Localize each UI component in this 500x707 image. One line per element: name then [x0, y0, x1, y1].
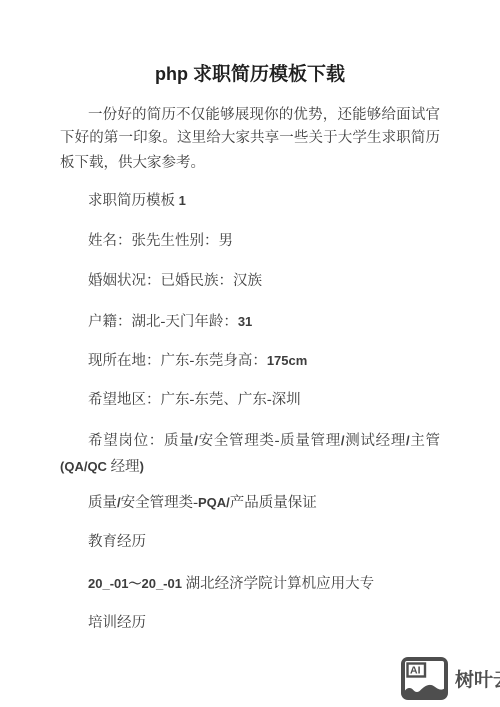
- template-heading-number: 1: [179, 193, 186, 208]
- education-dates: 20_-01～20_-01: [88, 576, 186, 591]
- desired-position-continuation-line: (QA/QC 经理): [60, 454, 440, 479]
- manager-label: 经理: [111, 459, 140, 475]
- residence-age-line: 户籍：湖北-天门年龄：31: [60, 309, 440, 334]
- education-school: 湖北经济学院计算机应用大专: [186, 576, 375, 592]
- quality-part: 质量: [88, 495, 117, 511]
- desired-position-line: 希望岗位：质量/安全管理类-质量管理/测试经理/主管: [60, 428, 440, 453]
- location-label: 现所在地：广东-东莞身高：: [88, 353, 267, 369]
- name-gender-line: 姓名：张先生性别：男: [60, 229, 440, 254]
- template-heading: 求职简历模板 1: [60, 188, 440, 213]
- desired-area-line: 希望地区：广东-东莞、广东-深圳: [60, 388, 440, 413]
- desired-position-part: 测试经理: [345, 433, 406, 449]
- document-page: php 求职简历模板下载 一份好的简历不仅能够展现你的优势，还能够给面试官留 下…: [0, 0, 500, 707]
- location-height-line: 现所在地：广东-东莞身高：175cm: [60, 348, 440, 373]
- page-title: php 求职简历模板下载: [0, 61, 500, 87]
- title-latin-part: php: [155, 64, 193, 84]
- education-heading: 教育经历: [60, 530, 440, 555]
- marital-ethnic-line: 婚姻状况：已婚民族：汉族: [60, 269, 440, 294]
- desired-position-part: 希望岗位：质量: [88, 433, 194, 449]
- intro-line-3: 板下载，供大家参考。: [60, 151, 440, 176]
- education-entry-line: 20_-01～20_-01 湖北经济学院计算机应用大专: [60, 571, 440, 596]
- brand-name: 树叶云: [455, 665, 500, 692]
- watermark: AI 树叶云: [401, 657, 500, 700]
- quality-part: 安全管理类-: [121, 495, 198, 511]
- quality-part: 产品质量保证: [230, 495, 317, 511]
- desired-position-part: 安全管理类-质量管理: [198, 433, 341, 449]
- qa-qc-label: (QA/QC: [60, 459, 111, 474]
- residence-label: 户籍：湖北-天门年龄：: [88, 314, 238, 330]
- height-value: 175cm: [267, 353, 307, 368]
- intro-line-1: 一份好的简历不仅能够展现你的优势，还能够给面试官留: [60, 103, 440, 128]
- ai-icon-text: AI: [410, 665, 421, 677]
- desired-position-part: 主管: [410, 433, 440, 449]
- intro-line-2: 下好的第一印象。这里给大家共享一些关于大学生求职简历模: [60, 126, 440, 151]
- close-paren: ): [140, 459, 144, 474]
- age-value: 31: [238, 314, 252, 329]
- ai-image-icon: AI: [401, 657, 448, 700]
- template-heading-text: 求职简历模板: [88, 193, 179, 209]
- pqa-label: PQA/: [198, 495, 230, 510]
- quality-category-line: 质量/安全管理类-PQA/产品质量保证: [60, 490, 440, 515]
- title-cjk-part: 求职简历模板下载: [193, 64, 345, 85]
- training-heading: 培训经历: [60, 611, 440, 636]
